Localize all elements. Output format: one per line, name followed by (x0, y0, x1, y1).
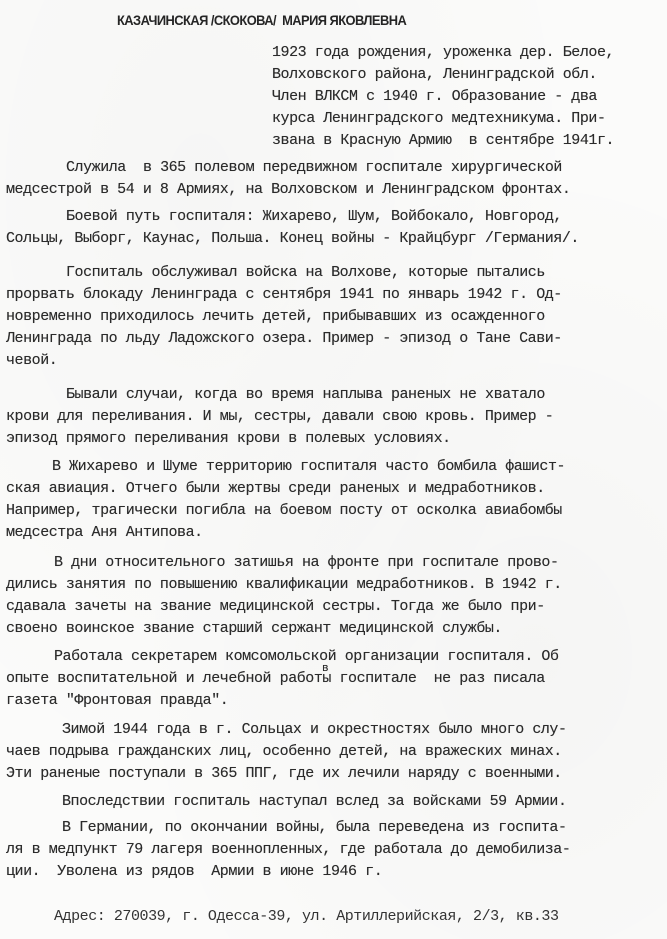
paragraph-line: Например, трагически погибла на боевом п… (6, 502, 562, 520)
paragraph-line: чаев подрыва гражданских лиц, особенно д… (6, 743, 562, 761)
intro-line: Волховского района, Ленинградской обл. (272, 66, 597, 84)
paragraph-line: Эти раненые поступали в 365 ППГ, где их … (6, 765, 562, 783)
paragraph-line: В дни относительного затишья на фронте п… (54, 554, 559, 572)
paragraph-line: новременно приходилось лечить детей, при… (6, 308, 545, 326)
paragraph-line: опыте воспитательной и лечебной работы г… (6, 670, 545, 688)
paragraph-line: ля в медпункт 79 лагеря военнопленных, г… (6, 841, 570, 859)
paragraph-line: эпизод прямого переливания крови в полев… (6, 430, 451, 448)
paragraph-line: Бывали случаи, когда во время наплыва ра… (66, 386, 545, 404)
paragraph-line: ции. Уволена из рядов Армии в июне 1946 … (6, 863, 382, 881)
paragraph-line: Боевой путь госпиталя: Жихарево, Шум, Во… (66, 208, 562, 226)
paragraph-line: сдавала зачеты на звание медицинской сес… (6, 598, 545, 616)
document-title: КАЗАЧИНСКАЯ /СКОКОВА/ МАРИЯ ЯКОВЛЕВНА (117, 12, 406, 28)
paragraph-line: Работала секретарем комсомольской органи… (54, 648, 559, 666)
intro-line: Член ВЛКСМ с 1940 г. Образование - два (272, 88, 597, 106)
paragraph-line: ская авиация. Отчего были жертвы среди р… (6, 480, 545, 498)
paragraph-line: чевой. (6, 352, 57, 370)
intro-line: курса Ленинградского медтехникума. При- (272, 110, 606, 128)
address-line: Адрес: 270039, г. Одесса-39, ул. Артилле… (54, 908, 559, 925)
document-page: КАЗАЧИНСКАЯ /СКОКОВА/ МАРИЯ ЯКОВЛЕВНА 19… (0, 0, 667, 939)
paragraph-line: крови для переливания. И мы, сестры, дав… (6, 408, 553, 426)
paragraph-line: газета "Фронтовая правда". (6, 692, 228, 710)
paragraph-line: Ленинграда по льду Ладожского озера. При… (6, 330, 562, 348)
intro-line: звана в Красную Армию в сентябре 1941г. (272, 132, 614, 150)
paragraph-line: Впоследствии госпиталь наступал вслед за… (62, 793, 567, 811)
paragraph-line: Госпиталь обслуживал войска на Волхове, … (66, 264, 545, 282)
paragraph-line: медсестра Аня Антипова. (6, 524, 203, 542)
paragraph-line: В Жихарево и Шуме территорию госпиталя ч… (52, 458, 565, 476)
paragraph-line: прорвать блокаду Ленинграда с сентября 1… (6, 286, 562, 304)
paragraph-line: медсестрой в 54 и 8 Армиях, на Волховско… (6, 181, 570, 199)
paragraph-line: В Германии, по окончании войны, была пер… (62, 819, 567, 837)
intro-line: 1923 года рождения, уроженка дер. Белое, (272, 44, 614, 62)
paragraph-line: Сольцы, Выборг, Каунас, Польша. Конец во… (6, 230, 579, 248)
paragraph-line: Зимой 1944 года в г. Сольцах и окрестнос… (62, 721, 567, 739)
paragraph-line: своено воинское звание старший сержант м… (6, 620, 502, 638)
paragraph-line: дились занятия по повышению квалификации… (6, 576, 562, 594)
paragraph-line: Служила в 365 полевом передвижном госпит… (66, 159, 562, 177)
